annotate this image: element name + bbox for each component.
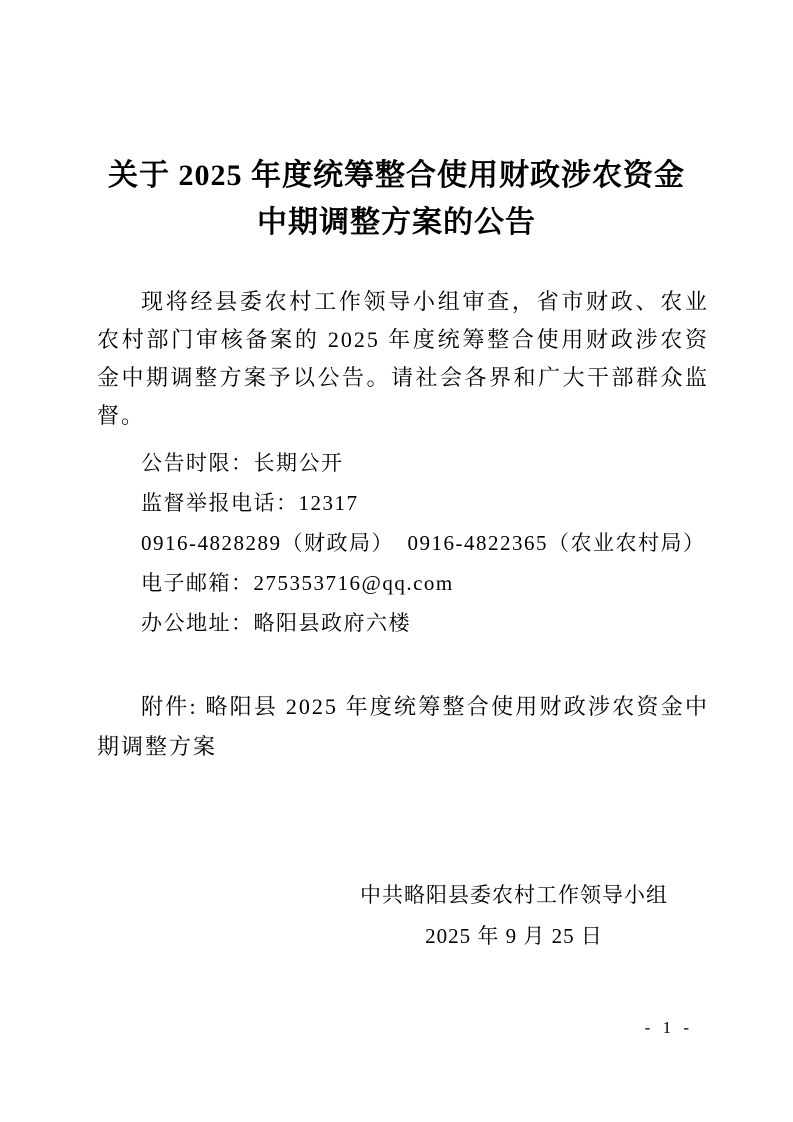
- signature-block: 中共略阳县委农村工作领导小组 2025 年 9 月 25 日: [360, 875, 668, 957]
- document-title: 关于 2025 年度统筹整合使用财政涉农资金 中期调整方案的公告: [0, 152, 793, 246]
- title-line-1: 关于 2025 年度统筹整合使用财政涉农资金: [0, 152, 793, 199]
- issue-date: 2025 年 9 月 25 日: [360, 916, 668, 957]
- department-phones-line: 0916-4828289（财政局） 0916-4822365（农业农村局）: [141, 523, 706, 563]
- issuer-name: 中共略阳县委农村工作领导小组: [360, 875, 668, 916]
- page-number: - 1 -: [645, 1018, 693, 1038]
- email-line: 电子邮箱：275353716@qq.com: [141, 563, 706, 603]
- announcement-document: 关于 2025 年度统筹整合使用财政涉农资金 中期调整方案的公告 现将经县委农村…: [0, 0, 793, 1122]
- attachment-line: 附件: 略阳县 2025 年度统筹整合使用财政涉农资金中期调整方案: [97, 687, 709, 767]
- title-line-2: 中期调整方案的公告: [0, 199, 793, 246]
- publicity-period-line: 公告时限：长期公开: [141, 443, 706, 483]
- contact-info-block: 公告时限：长期公开 监督举报电话：12317 0916-4828289（财政局）…: [141, 443, 706, 643]
- report-hotline-line: 监督举报电话：12317: [141, 483, 706, 523]
- office-address-line: 办公地址：略阳县政府六楼: [141, 603, 706, 643]
- intro-paragraph: 现将经县委农村工作领导小组审查，省市财政、农业农村部门审核备案的 2025 年度…: [97, 283, 709, 435]
